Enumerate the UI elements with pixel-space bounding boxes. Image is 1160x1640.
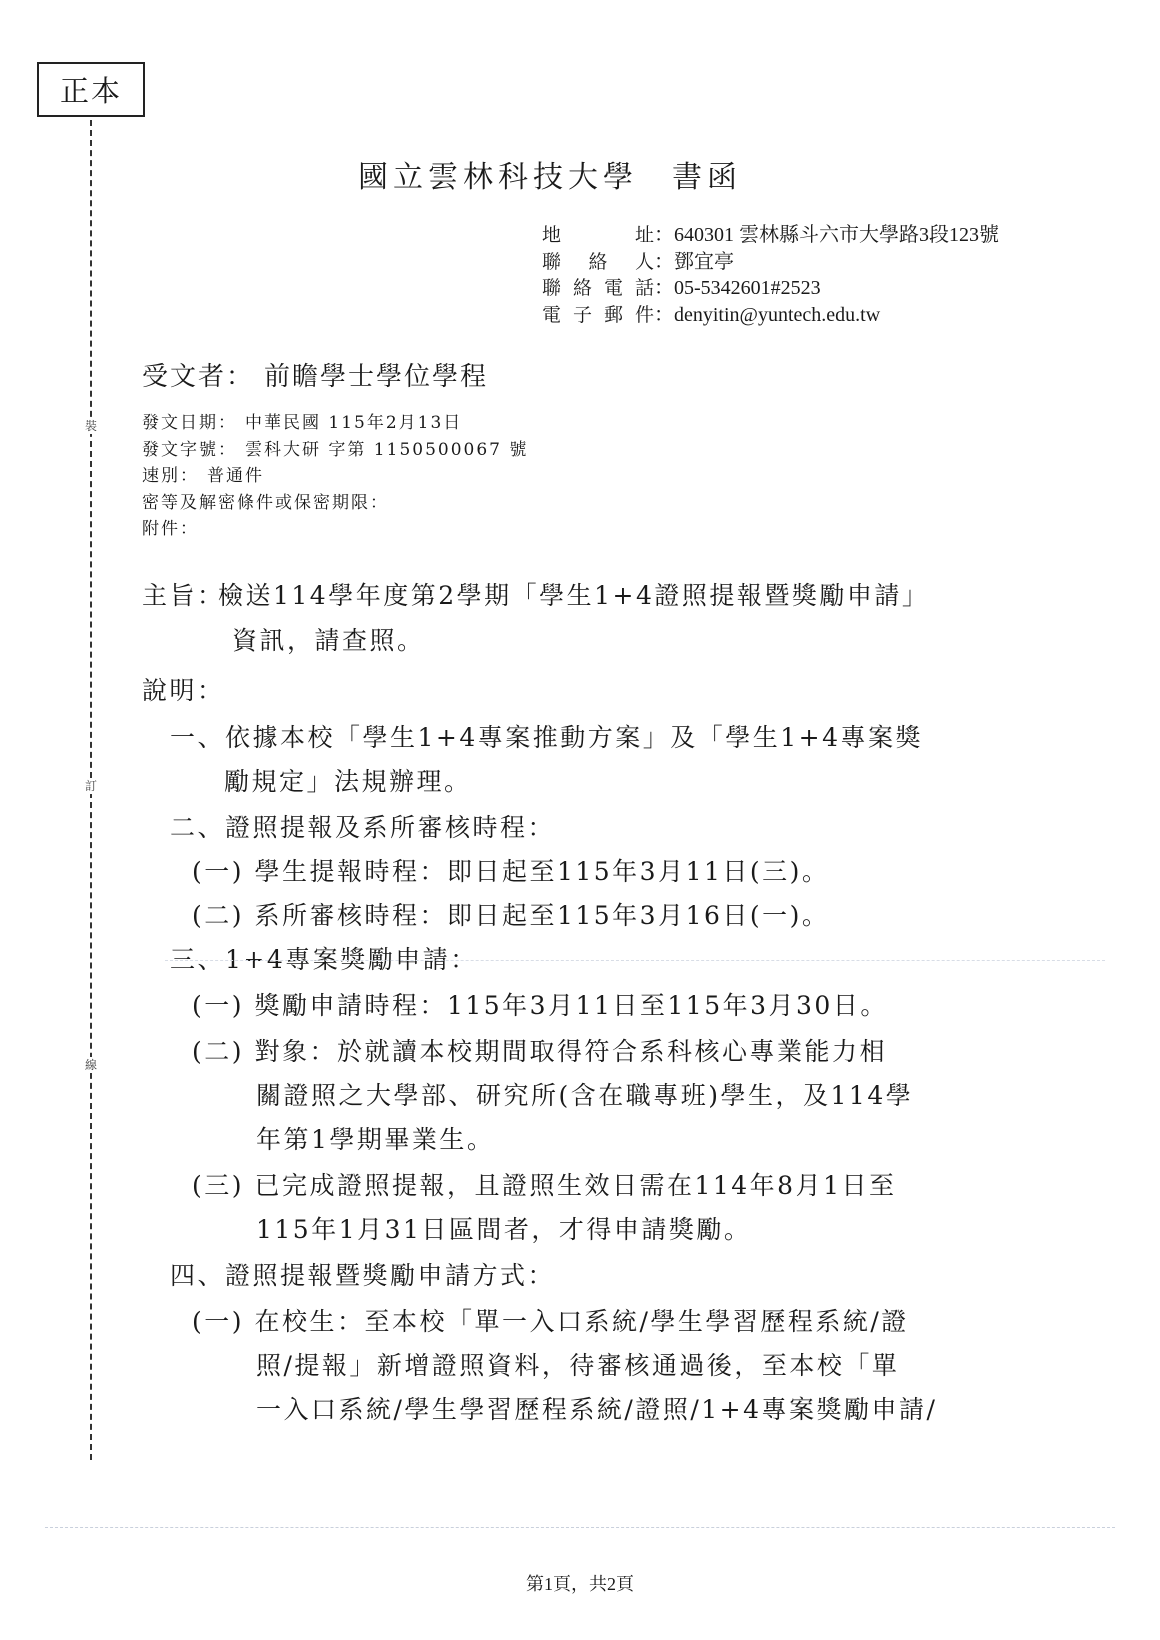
person-value: ：鄧宜亭 <box>654 249 734 276</box>
issue-date-row: 發文日期：中華民國 115年2月13日 <box>142 410 528 437</box>
explanation-item-3-3-cont: 115年1月31日區間者，才得申請獎勵。 <box>256 1210 751 1246</box>
explanation-item-2-1: (一) 學生提報時程：即日起至115年3月11日(三)。 <box>192 852 829 888</box>
recipient-line: 受文者：前瞻學士學位學程 <box>142 356 488 393</box>
email-label: 電 子 郵 件 <box>542 302 654 329</box>
explanation-item-4-1-cont: 一入口系統/學生學習歷程系統/證照/1+4專案獎勵申請/ <box>256 1390 937 1426</box>
footer-divider <box>45 1527 1115 1528</box>
attachment-row: 附件： <box>142 516 528 543</box>
subject-label: 主旨： <box>142 576 225 612</box>
delivery-speed-value: 普通件 <box>207 466 264 486</box>
label-char: 絡 <box>573 275 592 302</box>
phone-value: ：05-5342601#2523 <box>654 275 821 302</box>
issue-date-label: 發文日期： <box>142 413 237 433</box>
binding-mark-ding: 訂 <box>82 778 100 794</box>
issuing-organization: 國立雲林科技大學 <box>358 160 638 195</box>
delivery-speed-row: 速別：普通件 <box>142 463 528 490</box>
explanation-item-4-1-cont: 照/提報」新增證照資料，待審核通過後，至本校「單 <box>256 1346 899 1382</box>
attachment-label: 附件： <box>142 519 199 539</box>
explanation-item-3: 三、1+4專案獎勵申請： <box>170 940 478 976</box>
original-copy-stamp: 正本 <box>37 62 145 117</box>
label-char: 聯 <box>542 275 561 302</box>
label-char: 人 <box>635 249 654 276</box>
explanation-item-4: 四、證照提報暨獎勵申請方式： <box>170 1256 555 1292</box>
explanation-item-1: 一、依據本校「學生1+4專案推動方案」及「學生1+4專案獎 <box>170 718 923 754</box>
explanation-item-3-2-cont: 關證照之大學部、研究所(含在職專班)學生，及114學 <box>256 1076 913 1112</box>
explanation-item-3-1: (一) 獎勵申請時程：115年3月11日至115年3月30日。 <box>192 986 888 1022</box>
label-char: 絡 <box>588 249 607 276</box>
label-char: 址 <box>635 222 654 249</box>
explanation-label: 說明： <box>142 671 225 707</box>
document-meta: 發文日期：中華民國 115年2月13日 發文字號：雲科大研 字第 1150500… <box>142 410 528 543</box>
contact-address-row: 地 址 ：640301 雲林縣斗六市大學路3段123號 <box>542 222 999 249</box>
document-type: 書函 <box>672 160 742 195</box>
explanation-item-3-3: (三) 已完成證照提報，且證照生效日需在114年8月1日至 <box>192 1166 897 1202</box>
recipient-value: 前瞻學士學位學程 <box>264 362 488 392</box>
contact-phone-row: 聯 絡 電 話 ：05-5342601#2523 <box>542 275 999 302</box>
label-char: 電 <box>542 302 561 329</box>
explanation-item-3-2-cont: 年第1學期畢業生。 <box>256 1120 494 1156</box>
address-label: 地 址 <box>542 222 654 249</box>
contact-person-row: 聯 絡 人 ：鄧宜亭 <box>542 249 999 276</box>
document-title: 國立雲林科技大學書函 <box>358 152 742 196</box>
delivery-speed-label: 速別： <box>142 466 199 486</box>
page-indicator: 第1頁，共2頁 <box>0 1570 1160 1596</box>
scan-artifact-line <box>165 960 1105 961</box>
label-char: 郵 <box>604 302 623 329</box>
contact-block: 地 址 ：640301 雲林縣斗六市大學路3段123號 聯 絡 人 ：鄧宜亭 聯… <box>542 222 999 328</box>
reference-number-label: 發文字號： <box>142 440 237 460</box>
label-char: 聯 <box>542 249 561 276</box>
explanation-item-2: 二、證照提報及系所審核時程： <box>170 808 555 844</box>
issue-date-value: 中華民國 115年2月13日 <box>245 413 462 433</box>
label-char: 地 <box>542 222 561 249</box>
secrecy-label: 密等及解密條件或保密期限： <box>142 493 389 513</box>
subject-line-1: 檢送114學年度第2學期「學生1+4證照提報暨獎勵申請」 <box>218 576 929 612</box>
secrecy-row: 密等及解密條件或保密期限： <box>142 490 528 517</box>
explanation-item-4-1: (一) 在校生：至本校「單一入口系統/學生學習歷程系統/證 <box>192 1302 909 1338</box>
reference-number-value: 雲科大研 字第 1150500067 號 <box>245 440 528 460</box>
label-char: 件 <box>635 302 654 329</box>
address-value: ：640301 雲林縣斗六市大學路3段123號 <box>654 222 999 249</box>
label-char: 電 <box>604 275 623 302</box>
email-value[interactable]: ：denyitin@yuntech.edu.tw <box>654 302 880 329</box>
phone-label: 聯 絡 電 話 <box>542 275 654 302</box>
subject-line-2: 資訊，請查照。 <box>232 621 425 657</box>
explanation-item-1-cont: 勵規定」法規辦理。 <box>224 762 472 798</box>
person-label: 聯 絡 人 <box>542 249 654 276</box>
reference-number-row: 發文字號：雲科大研 字第 1150500067 號 <box>142 437 528 464</box>
binding-mark-xian: 線 <box>82 1057 100 1073</box>
binding-mark-zhuang: 裝 <box>82 418 100 434</box>
explanation-item-2-2: (二) 系所審核時程：即日起至115年3月16日(一)。 <box>192 896 829 932</box>
label-char: 子 <box>573 302 592 329</box>
recipient-label: 受文者： <box>142 362 254 392</box>
label-char: 話 <box>635 275 654 302</box>
stamp-label: 正本 <box>60 69 122 110</box>
contact-email-row: 電 子 郵 件 ：denyitin@yuntech.edu.tw <box>542 302 999 329</box>
explanation-item-3-2: (二) 對象：於就讀本校期間取得符合系科核心專業能力相 <box>192 1032 887 1068</box>
